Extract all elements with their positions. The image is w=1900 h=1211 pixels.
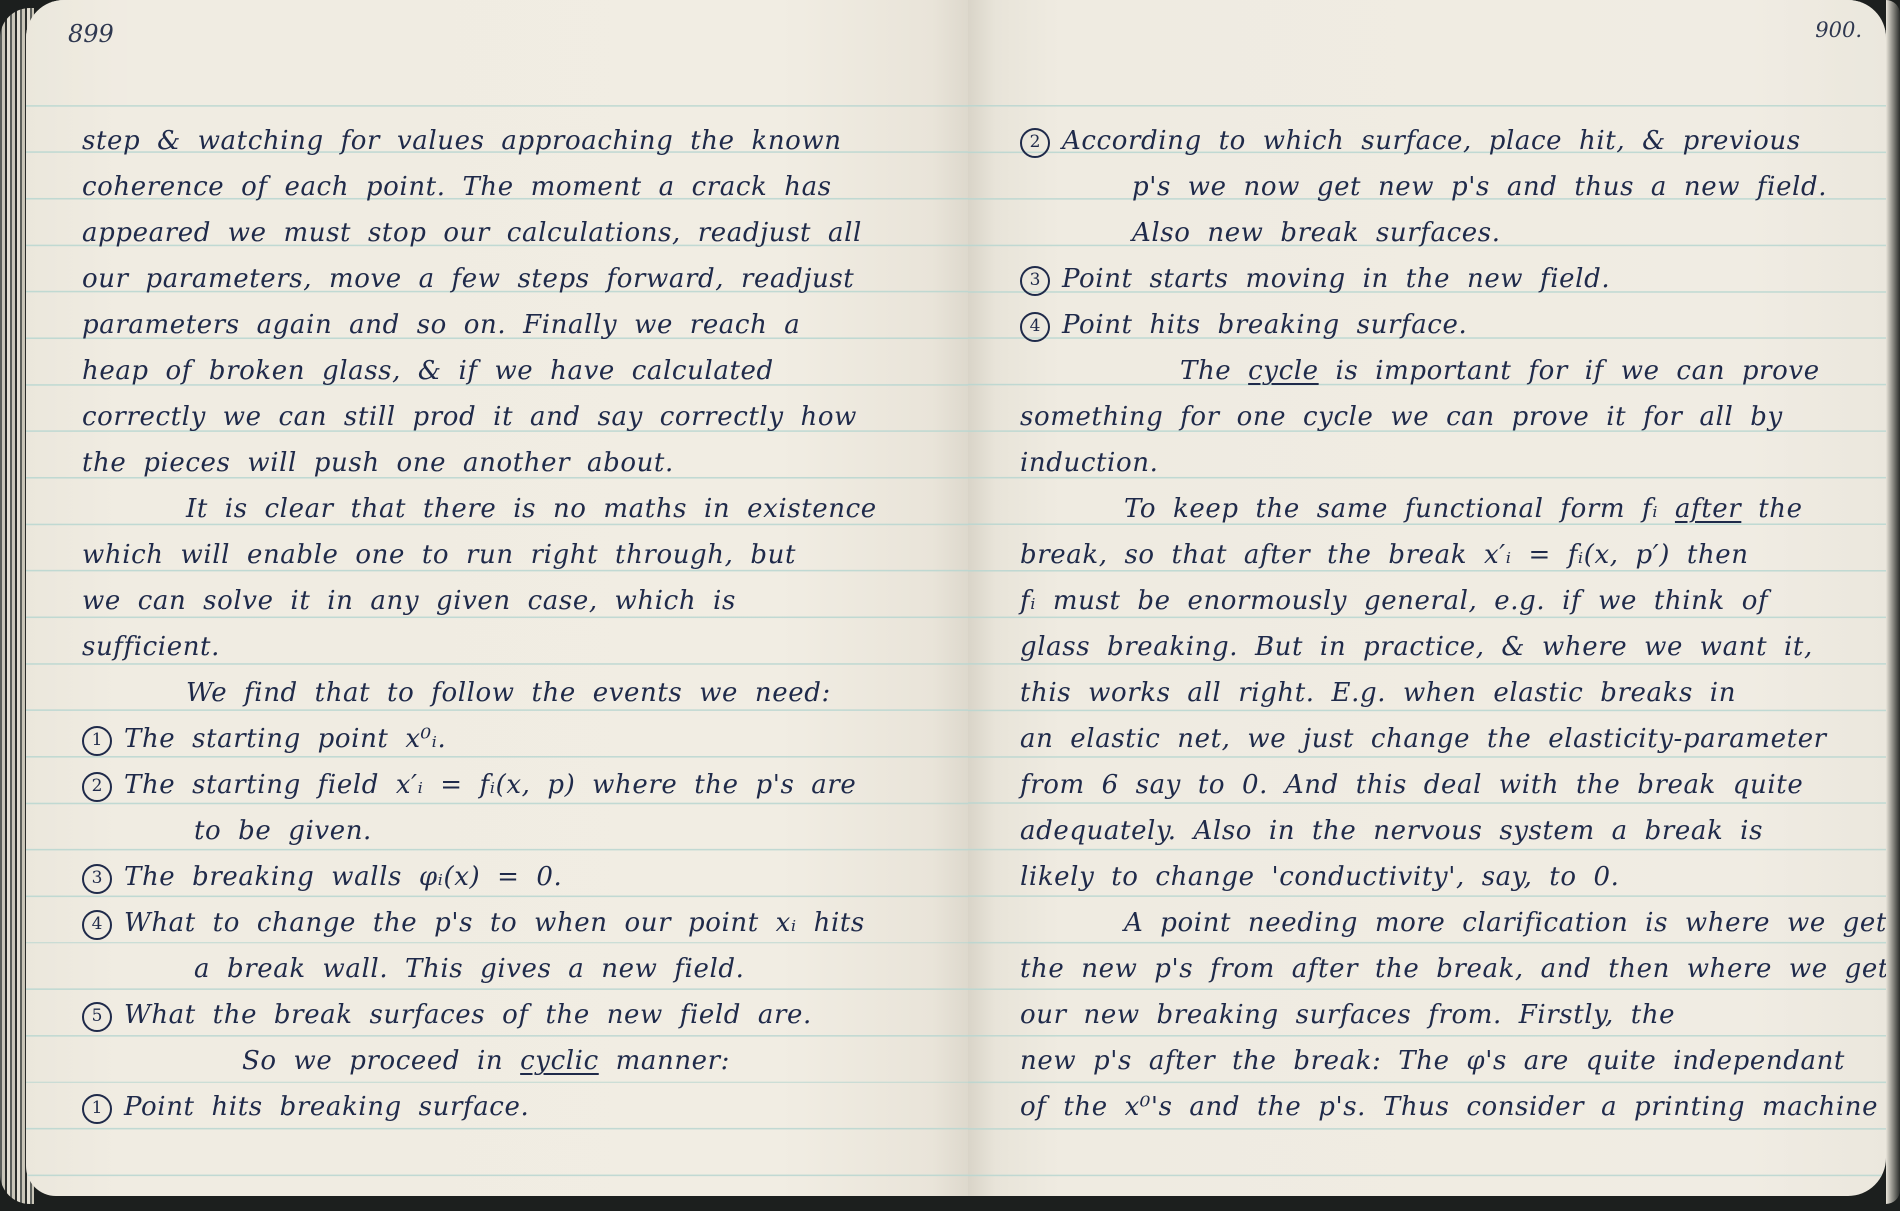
line-text: A point needing more clarification is wh… xyxy=(1124,908,1886,938)
line-text: adequately. Also in the nervous system a… xyxy=(1020,816,1763,846)
handwritten-line: 4Point hits breaking surface. xyxy=(1020,302,1467,348)
handwritten-line: step & watching for values approaching t… xyxy=(82,118,842,164)
handwritten-line: likely to change 'conductivity', say, to… xyxy=(1020,854,1619,900)
handwritten-line: To keep the same functional form fᵢ afte… xyxy=(1124,486,1803,532)
line-text: What the break surfaces of the new field… xyxy=(124,1000,812,1030)
left-page: 899 step & watching for values approachi… xyxy=(26,0,970,1196)
handwritten-line: our new breaking surfaces from. Firstly,… xyxy=(1020,992,1675,1038)
line-text: step & watching for values approaching t… xyxy=(82,126,842,156)
handwritten-line: Also new break surfaces. xyxy=(1132,210,1501,256)
handwritten-line: A point needing more clarification is wh… xyxy=(1124,900,1886,946)
line-text: What to change the p's to when our point… xyxy=(124,908,865,938)
line-text: a break wall. This gives a new field. xyxy=(194,954,744,984)
line-text: correctly we can still prod it and say c… xyxy=(82,402,857,432)
circled-number: 5 xyxy=(82,1002,112,1032)
handwritten-line: the new p's from after the break, and th… xyxy=(1020,946,1886,992)
underlined-word: cycle xyxy=(1248,356,1319,386)
line-text: parameters again and so on. Finally we r… xyxy=(82,310,800,340)
line-text: Point hits breaking surface. xyxy=(1062,310,1467,340)
line-text: the xyxy=(1741,494,1802,524)
line-text: Also new break surfaces. xyxy=(1132,218,1501,248)
page-number-left: 899 xyxy=(68,20,114,48)
line-text: The starting field x′ᵢ = fᵢ(x, p) where … xyxy=(124,770,856,800)
line-text: According to which surface, place hit, &… xyxy=(1062,126,1801,156)
line-text: our parameters, move a few steps forward… xyxy=(82,264,854,294)
underlined-word: cyclic xyxy=(520,1046,599,1076)
handwritten-line: to be given. xyxy=(194,808,372,854)
underlined-word: after xyxy=(1675,494,1741,524)
handwritten-line: It is clear that there is no maths in ex… xyxy=(186,486,877,532)
line-text: break, so that after the break x′ᵢ = fᵢ(… xyxy=(1020,540,1749,570)
handwritten-line: adequately. Also in the nervous system a… xyxy=(1020,808,1763,854)
handwritten-line: We find that to follow the events we nee… xyxy=(186,670,831,716)
line-text: of the x⁰'s and the p's. Thus consider a… xyxy=(1020,1092,1878,1122)
handwritten-line: 1The starting point x⁰ᵢ. xyxy=(82,716,446,762)
page-number-right: 900. xyxy=(1815,18,1862,42)
page-stack-right-edge xyxy=(1886,0,1900,1204)
line-text: We find that to follow the events we nee… xyxy=(186,678,831,708)
line-text: The xyxy=(1180,356,1248,386)
line-text: heap of broken glass, & if we have calcu… xyxy=(82,356,774,386)
line-text: So we proceed in xyxy=(242,1046,520,1076)
handwritten-line: 3The breaking walls φᵢ(x) = 0. xyxy=(82,854,562,900)
handwritten-line: of the x⁰'s and the p's. Thus consider a… xyxy=(1020,1084,1878,1130)
line-text: this works all right. E.g. when elastic … xyxy=(1020,678,1736,708)
handwritten-line: sufficient. xyxy=(82,624,220,670)
line-text: the pieces will push one another about. xyxy=(82,448,674,478)
handwritten-line: which will enable one to run right throu… xyxy=(82,532,796,578)
line-text: sufficient. xyxy=(82,632,220,662)
circled-number: 4 xyxy=(82,910,112,940)
line-text: To keep the same functional form fᵢ xyxy=(1124,494,1675,524)
line-text: something for one cycle we can prove it … xyxy=(1020,402,1783,432)
line-text: fᵢ must be enormously general, e.g. if w… xyxy=(1020,586,1768,616)
line-text: The starting point x⁰ᵢ. xyxy=(124,724,446,754)
circled-number: 4 xyxy=(1020,312,1050,342)
line-text: likely to change 'conductivity', say, to… xyxy=(1020,862,1619,892)
handwritten-line: coherence of each point. The moment a cr… xyxy=(82,164,832,210)
line-text: glass breaking. But in practice, & where… xyxy=(1020,632,1813,662)
line-text: Point hits breaking surface. xyxy=(124,1092,529,1122)
open-notebook: 899 step & watching for values approachi… xyxy=(0,0,1900,1211)
circled-number: 1 xyxy=(82,1094,112,1124)
handwritten-line: 5What the break surfaces of the new fiel… xyxy=(82,992,812,1038)
line-text: manner: xyxy=(599,1046,730,1076)
line-text: the new p's from after the break, and th… xyxy=(1020,954,1886,984)
line-text: Point starts moving in the new field. xyxy=(1062,264,1610,294)
handwritten-line: 3Point starts moving in the new field. xyxy=(1020,256,1610,302)
circled-number: 3 xyxy=(1020,266,1050,296)
line-text: our new breaking surfaces from. Firstly,… xyxy=(1020,1000,1675,1030)
handwritten-line: appeared we must stop our calculations, … xyxy=(82,210,862,256)
handwritten-line: from 6 say to 0. And this deal with the … xyxy=(1020,762,1803,808)
handwritten-line: break, so that after the break x′ᵢ = fᵢ(… xyxy=(1020,532,1749,578)
handwritten-line: new p's after the break: The φ's are qui… xyxy=(1020,1038,1845,1084)
handwritten-line: 2According to which surface, place hit, … xyxy=(1020,118,1801,164)
handwritten-line: correctly we can still prod it and say c… xyxy=(82,394,857,440)
handwritten-line: the pieces will push one another about. xyxy=(82,440,674,486)
circled-number: 3 xyxy=(82,864,112,894)
handwritten-line: So we proceed in cyclic manner: xyxy=(242,1038,730,1084)
line-text: p's we now get new p's and thus a new fi… xyxy=(1132,172,1827,202)
line-text: new p's after the break: The φ's are qui… xyxy=(1020,1046,1845,1076)
line-text: It is clear that there is no maths in ex… xyxy=(186,494,877,524)
handwritten-line: an elastic net, we just change the elast… xyxy=(1020,716,1827,762)
line-text: is important for if we can prove xyxy=(1319,356,1820,386)
line-text: coherence of each point. The moment a cr… xyxy=(82,172,832,202)
right-page: 900. 2According to which surface, place … xyxy=(968,0,1886,1196)
handwritten-line: p's we now get new p's and thus a new fi… xyxy=(1132,164,1827,210)
line-text: to be given. xyxy=(194,816,372,846)
handwritten-line: 4What to change the p's to when our poin… xyxy=(82,900,865,946)
line-text: from 6 say to 0. And this deal with the … xyxy=(1020,770,1803,800)
handwritten-line: something for one cycle we can prove it … xyxy=(1020,394,1783,440)
circled-number: 2 xyxy=(82,772,112,802)
line-text: The breaking walls φᵢ(x) = 0. xyxy=(124,862,562,892)
handwritten-line: glass breaking. But in practice, & where… xyxy=(1020,624,1813,670)
handwritten-line: fᵢ must be enormously general, e.g. if w… xyxy=(1020,578,1768,624)
line-text: appeared we must stop our calculations, … xyxy=(82,218,862,248)
circled-number: 1 xyxy=(82,726,112,756)
handwritten-line: parameters again and so on. Finally we r… xyxy=(82,302,800,348)
handwritten-line: 1Point hits breaking surface. xyxy=(82,1084,529,1130)
handwritten-line: a break wall. This gives a new field. xyxy=(194,946,744,992)
handwritten-line: our parameters, move a few steps forward… xyxy=(82,256,854,302)
handwritten-line: The cycle is important for if we can pro… xyxy=(1180,348,1820,394)
line-text: which will enable one to run right throu… xyxy=(82,540,796,570)
handwritten-line: we can solve it in any given case, which… xyxy=(82,578,736,624)
line-text: we can solve it in any given case, which… xyxy=(82,586,736,616)
handwritten-line: 2The starting field x′ᵢ = fᵢ(x, p) where… xyxy=(82,762,856,808)
line-text: an elastic net, we just change the elast… xyxy=(1020,724,1827,754)
handwritten-line: heap of broken glass, & if we have calcu… xyxy=(82,348,774,394)
handwritten-line: this works all right. E.g. when elastic … xyxy=(1020,670,1736,716)
handwritten-line: induction. xyxy=(1020,440,1158,486)
line-text: induction. xyxy=(1020,448,1158,478)
circled-number: 2 xyxy=(1020,128,1050,158)
